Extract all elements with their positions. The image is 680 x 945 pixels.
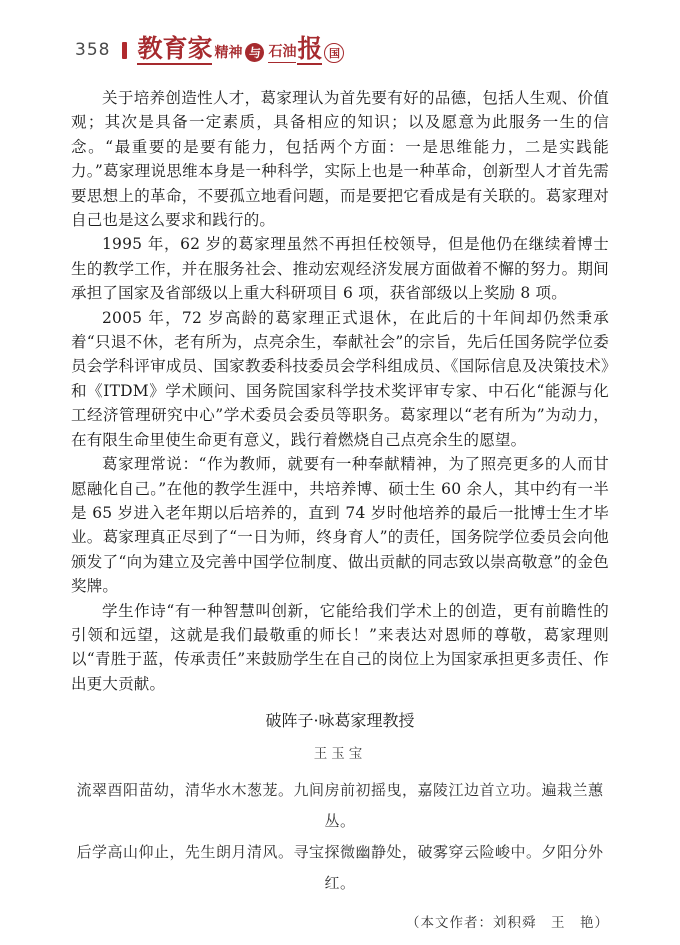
- page-header: 358 教育家 精神 与 石油 报 国: [75, 34, 344, 66]
- header-divider-bar: [122, 42, 127, 59]
- logo-text-shiyou: 石油: [268, 42, 296, 63]
- article-content: 关于培养创造性人才，葛家理认为首先要有好的品德，包括人生观、价值观；其次是具备一…: [71, 86, 609, 933]
- series-logo: 教育家 精神 与 石油 报 国: [137, 36, 344, 65]
- article-paragraph: 2005 年，72 岁高龄的葛家理正式退休，在此后的十年间却仍然秉承着“只退不休…: [71, 306, 609, 452]
- logo-text-jiaoyujia: 教育家: [137, 36, 212, 65]
- poem-line: 流翠酉阳苗幼，清华水木葱茏。九间房前初摇曳，嘉陵江边首立功。遍栽兰蕙丛。: [71, 775, 609, 837]
- book-page: { "header": { "page_number": "358", "log…: [0, 0, 680, 945]
- poem-body: 流翠酉阳苗幼，清华水木葱茏。九间房前初摇曳，嘉陵江边首立功。遍栽兰蕙丛。 后学高…: [71, 775, 609, 899]
- article-paragraph: 学生作诗“有一种智慧叫创新，它能给我们学术上的创造，更有前瞻性的引领和远望，这就…: [71, 599, 609, 697]
- logo-text-jingshen: 精神: [214, 43, 242, 63]
- logo-yu-circle-badge: 与: [245, 43, 264, 62]
- article-paragraph: 葛家理常说：“作为教师，就要有一种奉献精神，为了照亮更多的人而甘愿融化自己。”在…: [71, 452, 609, 598]
- logo-guo-circle-badge: 国: [324, 43, 344, 63]
- page-number: 358: [75, 40, 110, 60]
- article-paragraph: 1995 年，62 岁的葛家理虽然不再担任校领导，但是他仍在继续着博士生的教学工…: [71, 232, 609, 305]
- poem-title: 破阵子·咏葛家理教授: [71, 710, 609, 732]
- poem-line: 后学高山仰止，先生朗月清风。寻宝探微幽静处，破雾穿云险峻中。夕阳分外红。: [71, 837, 609, 899]
- logo-text-bao: 报: [297, 36, 322, 65]
- article-paragraph: 关于培养创造性人才，葛家理认为首先要有好的品德，包括人生观、价值观；其次是具备一…: [71, 86, 609, 232]
- article-credit: （本文作者：刘积舜 王 艳）: [71, 913, 609, 933]
- poem-author: 王玉宝: [71, 744, 609, 764]
